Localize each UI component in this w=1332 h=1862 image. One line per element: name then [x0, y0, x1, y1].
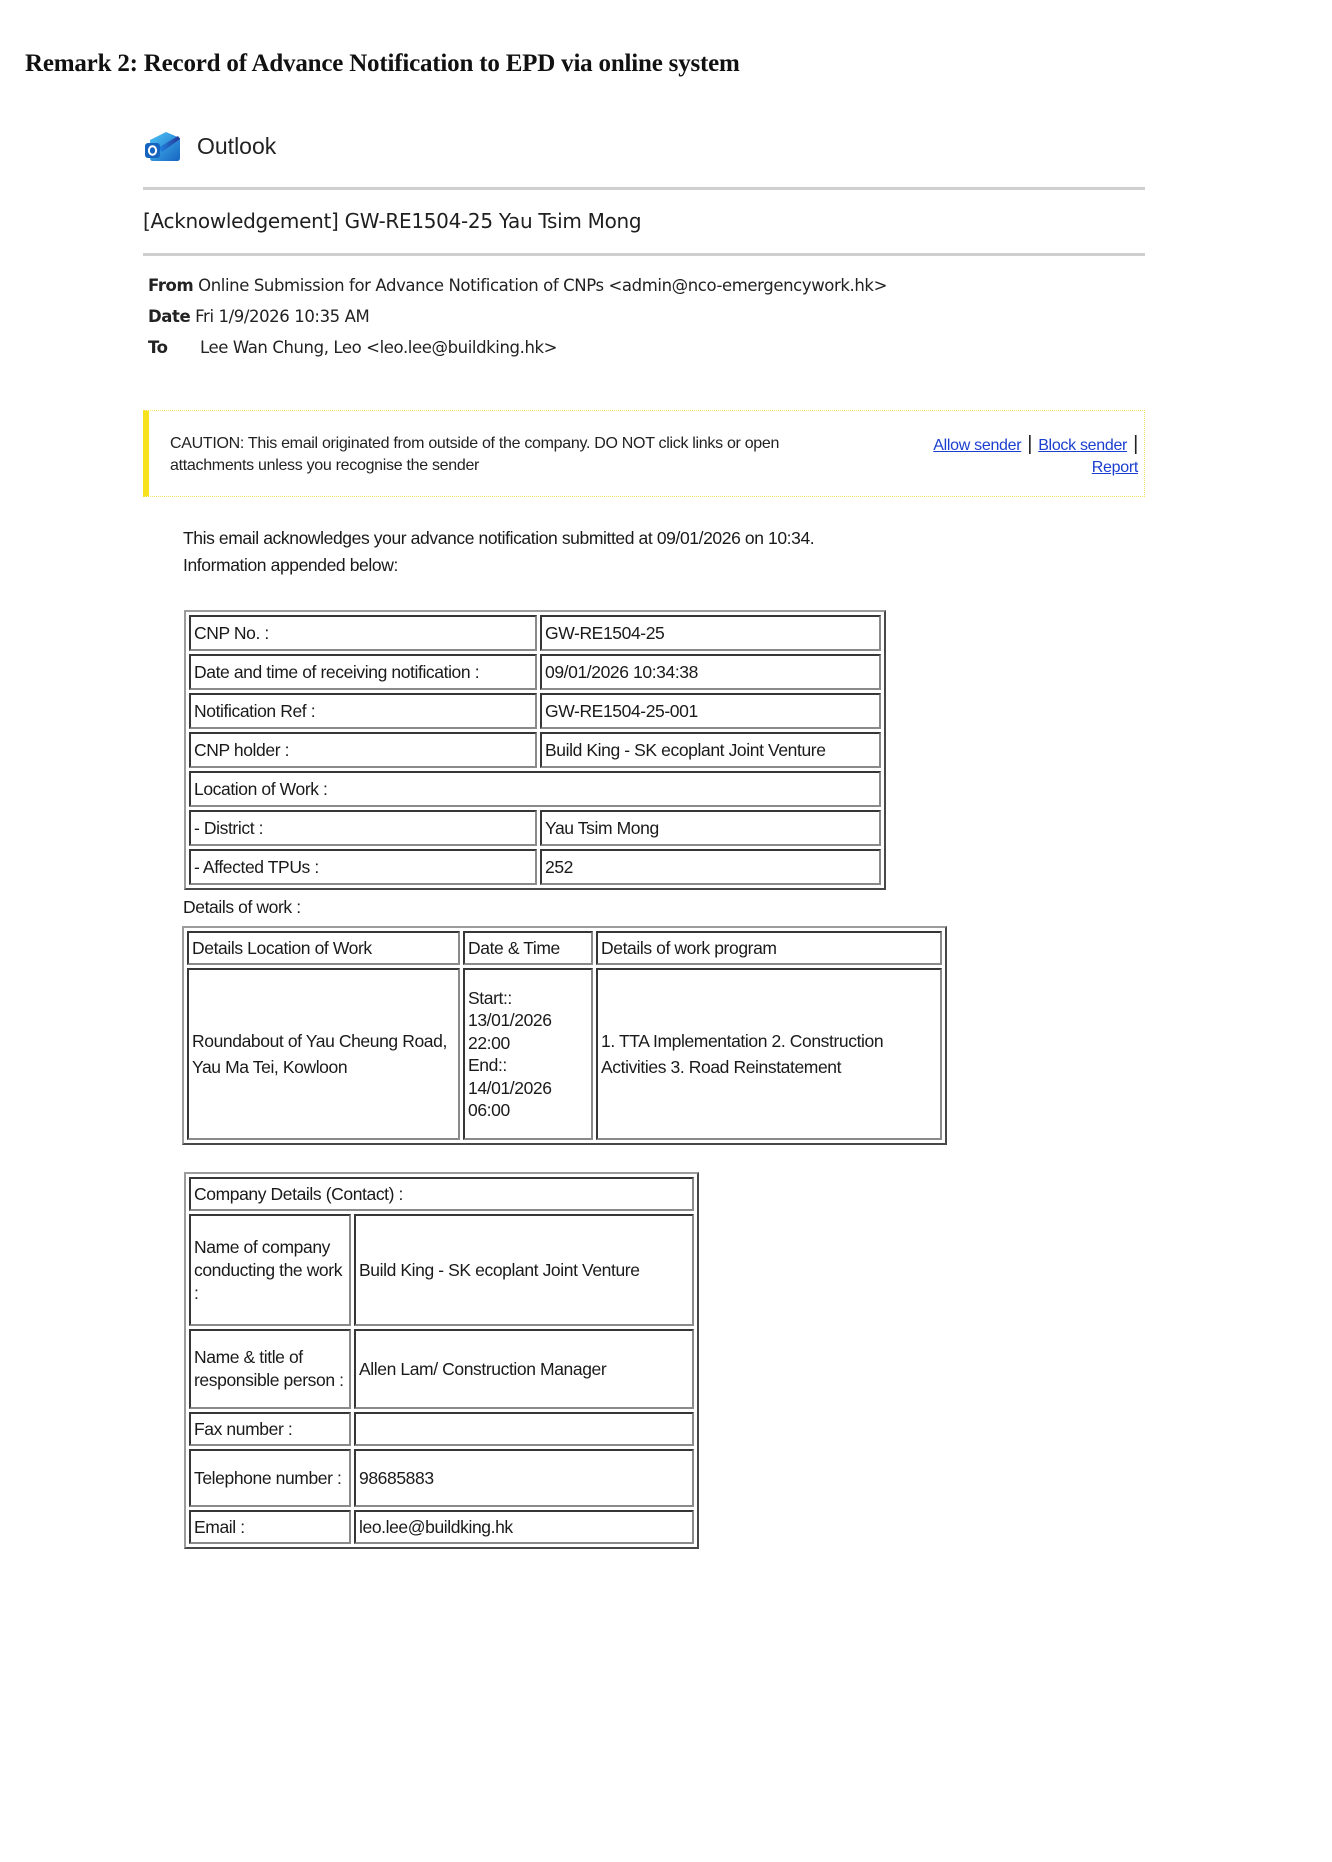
table-row: - Affected TPUs : 252: [189, 849, 881, 885]
table-row: Email : leo.lee@buildking.hk: [189, 1510, 694, 1544]
body-line-1: This email acknowledges your advance not…: [183, 525, 814, 552]
date-label: Date: [148, 307, 190, 326]
outlook-logo-icon: [144, 130, 182, 162]
caution-text: CAUTION: This email originated from outs…: [170, 433, 860, 477]
company-name-value: Build King - SK ecoplant Joint Venture: [354, 1214, 694, 1326]
email-subject: [Acknowledgement] GW-RE1504-25 Yau Tsim …: [143, 209, 641, 233]
received-time-label: Date and time of receiving notification …: [189, 654, 537, 690]
work-program: 1. TTA Implementation 2. Construction Ac…: [596, 968, 942, 1140]
end-label: End::: [468, 1054, 588, 1077]
app-name: Outlook: [197, 133, 276, 160]
date-line: Date Fri 1/9/2026 10:35 AM: [148, 307, 369, 326]
telephone-label: Telephone number :: [189, 1449, 351, 1507]
from-value[interactable]: Online Submission for Advance Notificati…: [198, 276, 887, 295]
to-label: To: [148, 338, 200, 357]
notification-ref-label: Notification Ref :: [189, 693, 537, 729]
body-line-2: Information appended below:: [183, 552, 814, 579]
notification-table: CNP No. : GW-RE1504-25 Date and time of …: [184, 610, 886, 890]
company-contact-table: Company Details (Contact) : Name of comp…: [184, 1172, 699, 1549]
cnp-no-label: CNP No. :: [189, 615, 537, 651]
document-title: Remark 2: Record of Advance Notification…: [25, 50, 740, 78]
work-location: Roundabout of Yau Cheung Road, Yau Ma Te…: [187, 968, 460, 1140]
date-value: Fri 1/9/2026 10:35 AM: [195, 307, 369, 326]
location-of-work-label: Location of Work :: [189, 771, 881, 807]
table-row: Name of company conducting the work : Bu…: [189, 1214, 694, 1326]
report-link[interactable]: Report: [1092, 459, 1138, 476]
table-row: Notification Ref : GW-RE1504-25-001: [189, 693, 881, 729]
telephone-value: 98685883: [354, 1449, 694, 1507]
table-row: CNP holder : Build King - SK ecoplant Jo…: [189, 732, 881, 768]
fax-label: Fax number :: [189, 1412, 351, 1446]
start-label: Start::: [468, 987, 588, 1010]
allow-sender-link[interactable]: Allow sender: [933, 437, 1021, 454]
table-row: Telephone number : 98685883: [189, 1449, 694, 1507]
subject-divider: [143, 253, 1145, 256]
responsible-person-value: Allen Lam/ Construction Manager: [354, 1329, 694, 1409]
district-label: - District :: [189, 810, 537, 846]
received-time-value: 09/01/2026 10:34:38: [540, 654, 881, 690]
from-line: From Online Submission for Advance Notif…: [148, 276, 887, 295]
separator: |: [1133, 433, 1138, 455]
responsible-person-label: Name & title of responsible person :: [189, 1329, 351, 1409]
from-label: From: [148, 276, 193, 295]
table-header-row: Company Details (Contact) :: [189, 1177, 694, 1211]
email-body-intro: This email acknowledges your advance not…: [183, 525, 814, 579]
company-name-label: Name of company conducting the work :: [189, 1214, 351, 1326]
table-row: Name & title of responsible person : All…: [189, 1329, 694, 1409]
table-row: Fax number :: [189, 1412, 694, 1446]
separator: |: [1027, 433, 1032, 455]
cnp-holder-label: CNP holder :: [189, 732, 537, 768]
banner-actions: Allow sender|Block sender| Report: [878, 433, 1138, 479]
notification-ref-value: GW-RE1504-25-001: [540, 693, 881, 729]
to-line: ToLee Wan Chung, Leo <leo.lee@buildking.…: [148, 338, 557, 357]
email-label: Email :: [189, 1510, 351, 1544]
table-row: - District : Yau Tsim Mong: [189, 810, 881, 846]
cnp-no-value: GW-RE1504-25: [540, 615, 881, 651]
company-details-header: Company Details (Contact) :: [189, 1177, 694, 1211]
table-row: Date and time of receiving notification …: [189, 654, 881, 690]
end-date: 14/01/2026: [468, 1077, 588, 1100]
fax-value: [354, 1412, 694, 1446]
table-row: Roundabout of Yau Cheung Road, Yau Ma Te…: [187, 968, 942, 1140]
table-row: Location of Work :: [189, 771, 881, 807]
table-row: CNP No. : GW-RE1504-25: [189, 615, 881, 651]
table-header-row: Details Location of Work Date & Time Det…: [187, 931, 942, 965]
external-sender-banner: CAUTION: This email originated from outs…: [143, 410, 1145, 497]
affected-tpus-value: 252: [540, 849, 881, 885]
block-sender-link[interactable]: Block sender: [1038, 437, 1127, 454]
header-divider: [143, 187, 1145, 190]
column-header-date-time: Date & Time: [463, 931, 593, 965]
details-of-work-label: Details of work :: [183, 897, 301, 918]
column-header-location: Details Location of Work: [187, 931, 460, 965]
work-date-time: Start:: 13/01/2026 22:00 End:: 14/01/202…: [463, 968, 593, 1140]
to-value[interactable]: Lee Wan Chung, Leo <leo.lee@buildking.hk…: [200, 338, 557, 357]
cnp-holder-value: Build King - SK ecoplant Joint Venture: [540, 732, 881, 768]
email-value[interactable]: leo.lee@buildking.hk: [354, 1510, 694, 1544]
affected-tpus-label: - Affected TPUs :: [189, 849, 537, 885]
details-of-work-table: Details Location of Work Date & Time Det…: [182, 926, 947, 1145]
start-date: 13/01/2026: [468, 1009, 588, 1032]
end-time: 06:00: [468, 1099, 588, 1122]
column-header-program: Details of work program: [596, 931, 942, 965]
district-value: Yau Tsim Mong: [540, 810, 881, 846]
start-time: 22:00: [468, 1032, 588, 1055]
